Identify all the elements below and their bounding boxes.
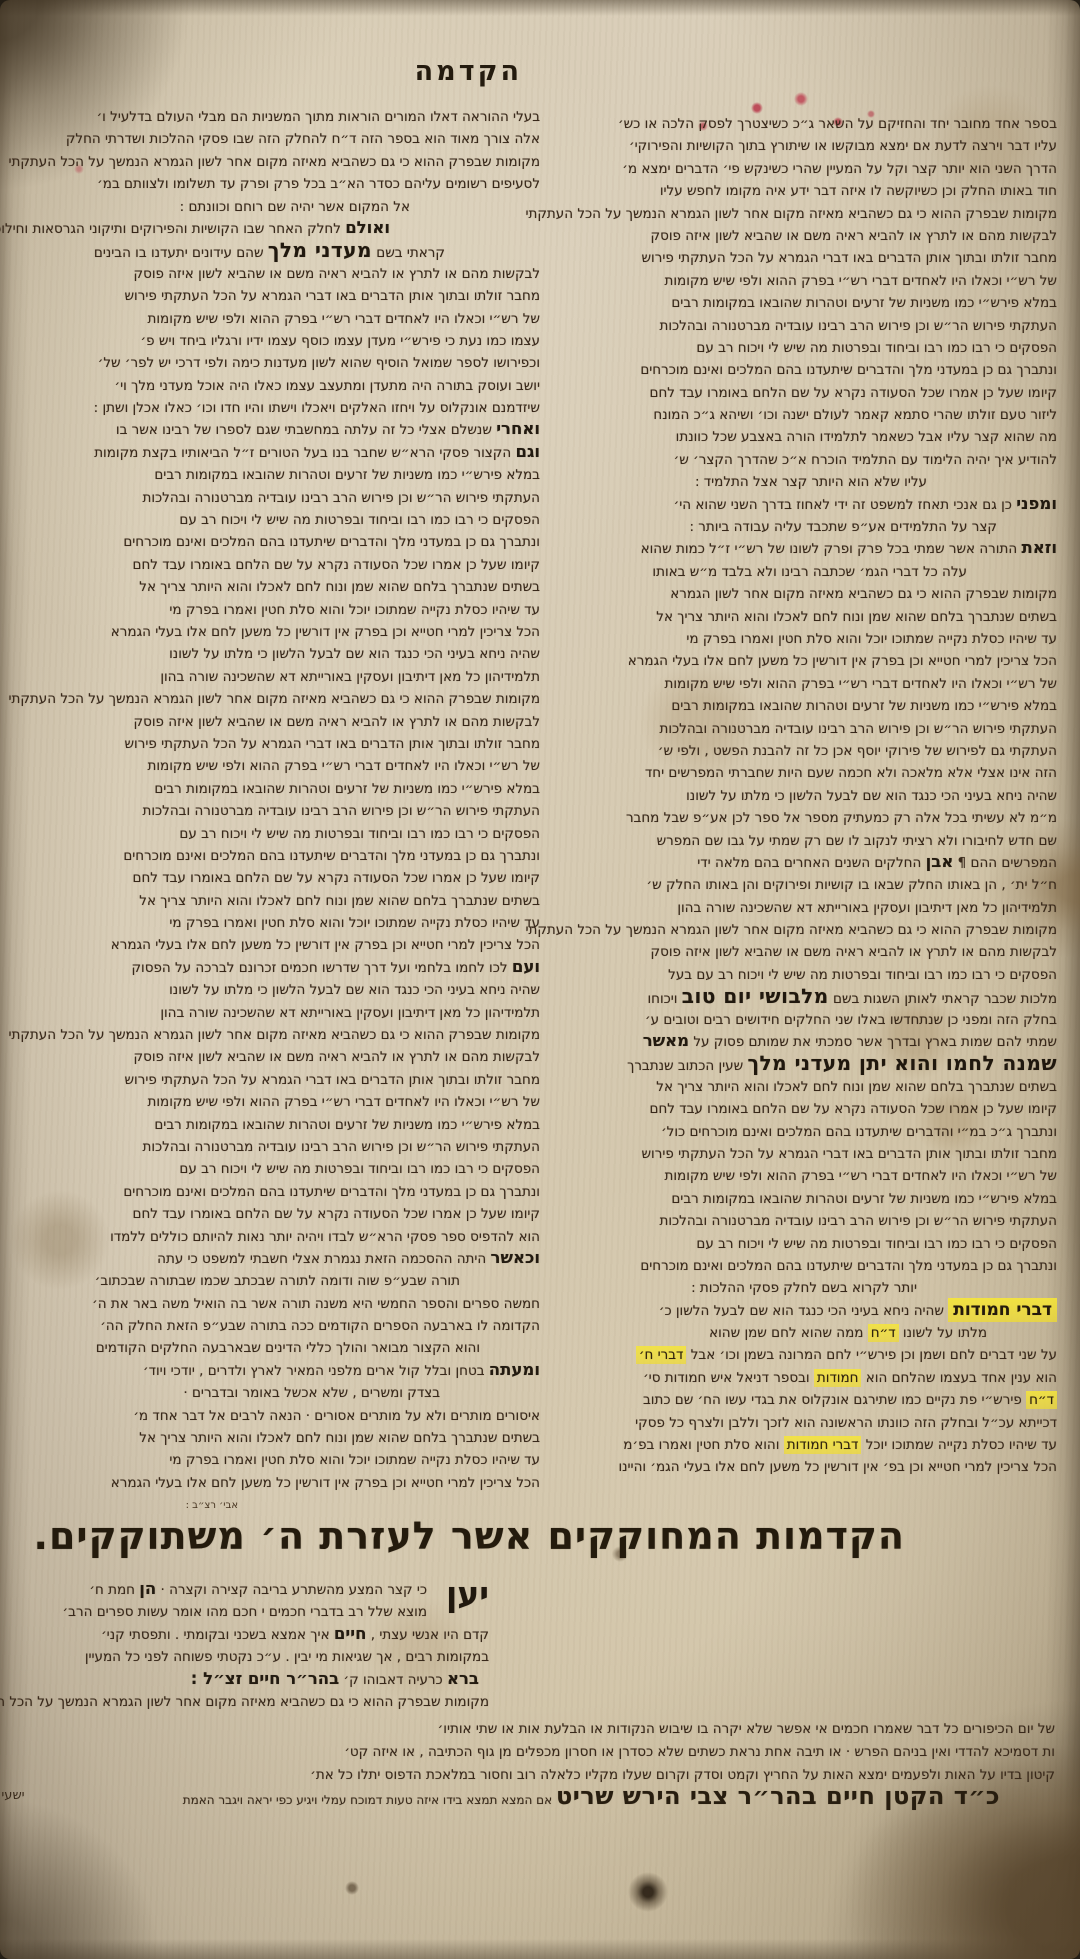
text-line: ומפני כן גם אנכי תאחז למשפט זה ידי לאחוז… (545, 493, 1057, 515)
body-text-line: ונתברך גם כן במעדני מלך והדברים שיתעדנו … (25, 530, 540, 552)
stanza-initial: יען (446, 1574, 489, 1613)
main-text-right-column: בספר אחד מחובר יחד והחזיקם על השאר ג״כ כ… (545, 112, 1057, 1478)
text-line: וכפירושו לספר שמואל הוסיף שהוא לשון מעדנ… (25, 351, 540, 373)
page-title: הקדמה (415, 56, 522, 87)
text-line: איסורים מותרים ולא על מותרים אסורים · הנ… (25, 1404, 540, 1426)
text-line: לסעיפים רשומים עליהם כסדר הא״ב בכל פרק ו… (25, 172, 540, 194)
text-line: עלה כל דברי הגמ׳ שכתבה רבינו ולא בלבד מ״… (545, 560, 1057, 582)
body-text-line: מחבר זולתו ובתוך אותן הדברים באו דברי הג… (25, 284, 540, 306)
body-text-line: של רש״י וכאלו היו לאחדים דברי רש״י בפרק … (25, 307, 540, 329)
text-line: שם חדש לחיבורו ולא רציתי לנקוב לו שם רק … (545, 829, 1057, 851)
text-line: הוא להדפיס ספר פסקי הרא״ש לבדו ויהיה יות… (25, 1225, 540, 1247)
text-line: הפסקים כי רבו כמו רבו וביחוד ובפרטות מה … (545, 963, 1057, 985)
body-text-line: קיומו שעל כן אמרו שכל הסעודה נקרא על שם … (25, 1202, 540, 1224)
text-line: הזה אינו אצלי אלא מלאכה ולא חכמה שעם היו… (545, 761, 1057, 783)
text-line: להודיע איך יהיה הלימוד עם התלמיד הוכרח א… (545, 448, 1057, 470)
body-text-line: מקומות שבפרק ההוא כי גם כשהביא מאיזה מקו… (25, 150, 540, 172)
text-line: שמתי להם שמות בארץ ובדרך אשר סמכתי את שמ… (545, 1030, 1057, 1052)
body-text-line: של רש״י וכאלו היו לאחדים דברי רש״י בפרק … (545, 269, 1057, 291)
text-line: דכייתא עכ״ל ובחלק הזה כוונתו הראשונה הוא… (545, 1411, 1057, 1433)
text-line: שמנה לחמו והוא יתן מעדני מלך שעין הכתוב … (545, 1052, 1057, 1074)
text-line: חמשה ספרים והספר החמשי היא משנה תורה אשר… (25, 1292, 540, 1314)
text-line: מלכות שכבר קראתי לאותן השגות בשם מלבושי … (545, 985, 1057, 1007)
body-text-line: מקומות שבפרק ההוא כי גם כשהביא מאיזה מקו… (545, 918, 1057, 940)
text-line: עליו שלא הוא היותר קצר אצל התלמיד : (545, 470, 1057, 492)
printer-note-block: של יום הכיפורים כל דבר שאמרו חכמים אי אפ… (25, 1716, 1055, 1808)
text-line: במקומות רבים , אך שגיאות מי יבין . ע״כ נ… (0, 1645, 489, 1667)
text-line: דברי חמודות שהיה ניחא בעיני הכי כנגד הוא… (545, 1299, 1057, 1321)
text-line: ואחרי שנשלם אצלי כל זה עלתה במחשבתי שגם … (25, 418, 540, 440)
text-line: עליו דבר וירצה לדעת אם ימצא מבוקשו או שי… (545, 134, 1057, 156)
body-text-line: מחבר זולתו ובתוך אותן הדברים באו דברי הג… (545, 1142, 1057, 1164)
text-line: העתקתי פירוש הר״ש וכן פירוש הרב רבינו עו… (545, 717, 1057, 739)
text-line: ואולם לחלק האחר שבו הקושיות והפירוקים ות… (25, 217, 540, 239)
text-line: וזאת התורה אשר שמתי בכל פרק ופרק לשונו ש… (545, 537, 1057, 559)
text-line: של רש״י וכאלו היו לאחדים דברי רש״י בפרק … (545, 672, 1057, 694)
body-text-line: הפסקים כי רבו כמו רבו וביחוד ובפרטות מה … (545, 1232, 1057, 1254)
body-text-line: מחבר זולתו ובתוך אותן הדברים באו דברי הג… (25, 1068, 540, 1090)
text-line: והוא הקצור מבואר והולך כללי הדינים שבארב… (25, 1336, 540, 1358)
body-text-line: מקומות שבפרק ההוא כי גם כשהביא מאיזה מקו… (25, 1023, 540, 1045)
body-text-line: של רש״י וכאלו היו לאחדים דברי רש״י בפרק … (25, 754, 540, 776)
text-line: קדם היו אנשי עצתי , חיים איך אמצא בשכני … (0, 1623, 489, 1645)
text-line: אל המקום אשר יהיה שם רוחם וכוונתם : (25, 195, 540, 217)
text-line: ברא כרעיה דאבוהו ק׳ בהר״ר חיים זצ״ל : (0, 1668, 489, 1690)
body-text-line: במלא פירש״י כמו משניות של זרעים וטהרות ש… (25, 777, 540, 799)
body-text-line: עד שיהיו כסלת נקייה שמתוכו יוכל והוא סלת… (25, 598, 540, 620)
text-line: מה שהוא קצר עליו אבל כשאמר לתלמידו הורה … (545, 425, 1057, 447)
body-text-line: הכל צריכין למרי חטייא וכן בפרק אין דורשי… (545, 649, 1057, 671)
text-line: ות דסמיכא להדדי ואין בניהם הפרש · או תיב… (25, 1739, 1055, 1762)
text-line: בספר אחד מחובר יחד והחזיקם על השאר ג״כ כ… (545, 112, 1057, 134)
body-text-line: העתקתי פירוש הר״ש וכן פירוש הרב רבינו עו… (25, 486, 540, 508)
body-text-line: שהיה ניחא בעיני הכי כנגד הוא שם לבעל הלש… (25, 978, 540, 1000)
body-text-line: עד שיהיו כסלת נקייה שמתוכו יוכל והוא סלת… (25, 911, 540, 933)
text-line: ח״ל ית׳ , הן באותו החלק שבאו בו קושיות ו… (545, 873, 1057, 895)
text-line: מקומות שבפרק ההוא כי גם כשהביא מאיזה מקו… (545, 582, 1057, 604)
body-text-line: לבקשות מהם או לתרץ או להביא ראיה משם או … (25, 262, 540, 284)
text-line: ליזור טעם זולתו שהרי סתמא קאמר לעולם ישנ… (545, 403, 1057, 425)
body-text-line: תלמידיהון כל מאן דיתיבון ועסקין באורייתא… (545, 896, 1057, 918)
body-text-line: קיומו שעל כן אמרו שכל הסעודה נקרא על שם … (25, 553, 540, 575)
text-line: הוא ענין אחד בעצמו שהלחם הוא חמודות ובספ… (545, 1366, 1057, 1388)
text-line: תורה שבע״פ שוה ודומה לתורה שבכתב שכמו שב… (25, 1269, 540, 1291)
body-text-line: ונתברך גם כן במעדני מלך והדברים שיתעדנו … (25, 844, 540, 866)
body-text-line: לבקשות מהם או לתרץ או להביא ראיה משם או … (25, 710, 540, 732)
text-line: חוד באותו החלק וכן כשיוקשה לו איזה דבר י… (545, 179, 1057, 201)
text-line: יושב ועוסק בתורה היה מתעדן ומתעצב עצמו כ… (25, 374, 540, 396)
body-text-line: במלא פירש״י כמו משניות של זרעים וטהרות ש… (545, 1187, 1057, 1209)
text-line: יותר לקרוא בשם לחלק פסקי ההלכות : (545, 1276, 1057, 1298)
text-line: בעלי ההוראה דאלו המורים הוראות מתוך המשנ… (25, 105, 540, 127)
text-line: כ״ד הקטן חיים בהר״ר צבי הירש שריט אם המצ… (25, 1785, 1055, 1808)
body-text-line: עד שיהיו כסלת נקייה שמתוכו יוכל והוא סלת… (545, 627, 1057, 649)
text-line: ד״ח פירש״י פת נקיים כמו שתירגם אונקלוס א… (545, 1388, 1057, 1410)
text-line: עד שיהיו כסלת נקייה שמתוכו יוכל דברי חמו… (545, 1433, 1057, 1455)
body-text-line: של רש״י וכאלו היו לאחדים דברי רש״י בפרק … (25, 1090, 540, 1112)
body-text-line: במלא פירש״י כמו משניות של זרעים וטהרות ש… (25, 463, 540, 485)
text-line: המפרשים ההם ¶ אבן החלקים השנים האחרים בה… (545, 851, 1057, 873)
text-line: מלתו על לשונו ד״ח ממה שהוא לחם שמן שהוא (545, 1321, 1057, 1343)
body-text-line: ונתברך גם כן במעדני מלך והדברים שיתעדנו … (545, 358, 1057, 380)
body-text-line: מקומות שבפרק ההוא כי גם כשהביא מאיזה מקו… (545, 202, 1057, 224)
text-line: בצדק ומשרים , שלא אכשל באומר ובדברים · (25, 1381, 540, 1403)
book-page: הקדמה בספר אחד מחובר יחד והחזיקם על השאר… (0, 0, 1080, 1959)
text-line: של יום הכיפורים כל דבר שאמרו חכמים אי אפ… (25, 1716, 1055, 1739)
text-line: קיומו שעל כן אמרו שכל הסעודה נקרא על שם … (545, 1097, 1057, 1119)
body-text-line: בשתים שנתברך בלחם שהוא שמן ונוח לחם לאכל… (25, 1426, 540, 1448)
body-text-line: הכל צריכין למרי חטייא וכן בפרק אין דורשי… (25, 933, 540, 955)
colophon-right-column: יעןכי קצר המצע מהשתרע בריבה קצירה וקצרה … (0, 1578, 489, 1712)
body-text-line: בשתים שנתברך בלחם שהוא שמן ונוח לחם לאכל… (25, 889, 540, 911)
body-text-line: תלמידיהון כל מאן דיתיבון ועסקין באורייתא… (25, 665, 540, 687)
body-text-line: העתקתי פירוש הר״ש וכן פירוש הרב רבינו עו… (25, 799, 540, 821)
text-line: אלה צורך מאוד הוא בספר הזה ד״ח להחלק הזה… (25, 127, 540, 149)
text-line: ועם לכו לחמו בלחמי ועל דרך שדרשו חכמים ז… (25, 956, 540, 978)
body-text-line: ונתברך גם כן במעדני מלך והדברים שיתעדנו … (545, 1254, 1057, 1276)
text-line: וגם הקצור פסקי הרא״ש שחבר בנו בעל הטורים… (25, 441, 540, 463)
text-line: ונתברך ג״כ במ״י והדברים שיתעדנו בהם המלכ… (545, 1120, 1057, 1142)
body-text-line: הפסקים כי רבו כמו רבו וביחוד ובפרטות מה … (25, 1157, 540, 1179)
body-text-line: בשתים שנתברך בלחם שהוא שמן ונוח לחם לאכל… (25, 575, 540, 597)
text-line: שיזדמנם אונקלוס על ויחזו האלקים ויאכלו ו… (25, 396, 540, 418)
body-text-line: שהיה ניחא בעיני הכי כנגד הוא שם לבעל הלש… (545, 784, 1057, 806)
text-line: ומעתה בטחן ובלל קול ארים מלפני המאיר לאר… (25, 1359, 540, 1381)
heading-sidenote: אבי׳ רצ״ב : (186, 1500, 238, 1511)
body-text-line: הפסקים כי רבו כמו רבו וביחוד ובפרטות מה … (25, 822, 540, 844)
body-text-line: העתקתי פירוש הר״ש וכן פירוש הרב רבינו עו… (25, 1135, 540, 1157)
text-line: על שני דברים לחם ושמן וכן פירש״י לחם המר… (545, 1343, 1057, 1365)
body-text-line: הכל צריכין למרי חטייא וכן בפרק אין דורשי… (25, 620, 540, 642)
body-text-line: לבקשות מהם או לתרץ או להביא ראיה משם או … (25, 1045, 540, 1067)
body-text-line: קיומו שעל כן אמרו שכל הסעודה נקרא על שם … (25, 866, 540, 888)
body-text-line: תלמידיהון כל מאן דיתיבון ועסקין באורייתא… (25, 1001, 540, 1023)
text-line: מוצא שלל רב בדברי חכמים י חכם מהו אומר ע… (0, 1600, 489, 1622)
body-text-line: לבקשות מהם או לתרץ או להביא ראיה משם או … (545, 940, 1057, 962)
text-line: קצר על התלמידים אע״פ שתכבד עליה עבודה בי… (545, 515, 1057, 537)
body-text-line: שהיה ניחא בעיני הכי כנגד הוא שם לבעל הלש… (25, 642, 540, 664)
text-line: הדרך השני הוא יותר קצר וקל על המעיין שהר… (545, 157, 1057, 179)
body-text-line: לבקשות מהם או לתרץ או להביא ראיה משם או … (545, 224, 1057, 246)
body-text-line: הכל צריכין למרי חטייא וכן בפרק אין דורשי… (25, 1471, 540, 1493)
text-line: קראתי בשם מעדני מלך שהם עידונים יתעדנו ב… (25, 239, 540, 261)
body-text-line: הפסקים כי רבו כמו רבו וביחוד ובפרטות מה … (25, 508, 540, 530)
body-text-line: במלא פירש״י כמו משניות של זרעים וטהרות ש… (25, 1113, 540, 1135)
body-text-line: בשתים שנתברך בלחם שהוא שמן ונוח לחם לאכל… (545, 605, 1057, 627)
text-line: בחלק הזה ומפני כן שנתחדשו באלו שני החלקי… (545, 1008, 1057, 1030)
body-text-line: במלא פירש״י כמו משניות של זרעים וטהרות ש… (545, 291, 1057, 313)
text-line: מ״מ לא עשיתי בכל אלה רק כמעתיק מספר אל ס… (545, 806, 1057, 828)
body-text-line: של רש״י וכאלו היו לאחדים דברי רש״י בפרק … (545, 1164, 1057, 1186)
text-line: הקדומה לו בארבעה הספרים הקודמים ככה בתור… (25, 1314, 540, 1336)
body-text-line: מקומות שבפרק ההוא כי גם כשהביא מאיזה מקו… (0, 1690, 489, 1712)
section-heading: הקדמות המחוקקים אשר לעזרת ה׳ משתוקקים. (34, 1514, 905, 1558)
text-line: במלא פירש״י כמו משניות של זרעים וטהרות ש… (545, 694, 1057, 716)
body-text-line: העתקתי פירוש הר״ש וכן פירוש הרב רבינו עו… (545, 314, 1057, 336)
text-line: בשתים שנתברך בלחם שהוא שמן ונוח לחם לאכל… (545, 1075, 1057, 1097)
body-text-line: מקומות שבפרק ההוא כי גם כשהביא מאיזה מקו… (25, 687, 540, 709)
body-text-line: הפסקים כי רבו כמו רבו וביחוד ובפרטות מה … (545, 336, 1057, 358)
text-line: עצמו כמו נעת כי פירש״י מעדן עצמו כוסף עצ… (25, 329, 540, 351)
body-text-line: מחבר זולתו ובתוך אותן הדברים באו דברי הג… (25, 732, 540, 754)
body-text-line: מחבר זולתו ובתוך אותן הדברים באו דברי הג… (545, 246, 1057, 268)
edge-fragment-word: ישעי׳ (0, 1788, 25, 1803)
body-text-line: העתקתי פירוש הר״ש וכן פירוש הרב רבינו עו… (545, 1209, 1057, 1231)
text-line: הכל צריכין למרי חטייא וכן בפ׳ אין דורשין… (545, 1455, 1057, 1477)
body-text-line: קיומו שעל כן אמרו שכל הסעודה נקרא על שם … (545, 381, 1057, 403)
text-line: העתקתי גם לפירוש של פירוקי יוסף אכן כל ז… (545, 739, 1057, 761)
text-line: כי קצר המצע מהשתרע בריבה קצירה וקצרה · ה… (0, 1578, 489, 1600)
main-text-left-column: בעלי ההוראה דאלו המורים הוראות מתוך המשנ… (25, 105, 540, 1493)
body-text-line: עד שיהיו כסלת נקייה שמתוכו יוכל והוא סלת… (25, 1448, 540, 1470)
body-text-line: ונתברך גם כן במעדני מלך והדברים שיתעדנו … (25, 1180, 540, 1202)
text-line: וכאשר היתה ההסכמה הזאת נגמרת אצלי חשבתי … (25, 1247, 540, 1269)
